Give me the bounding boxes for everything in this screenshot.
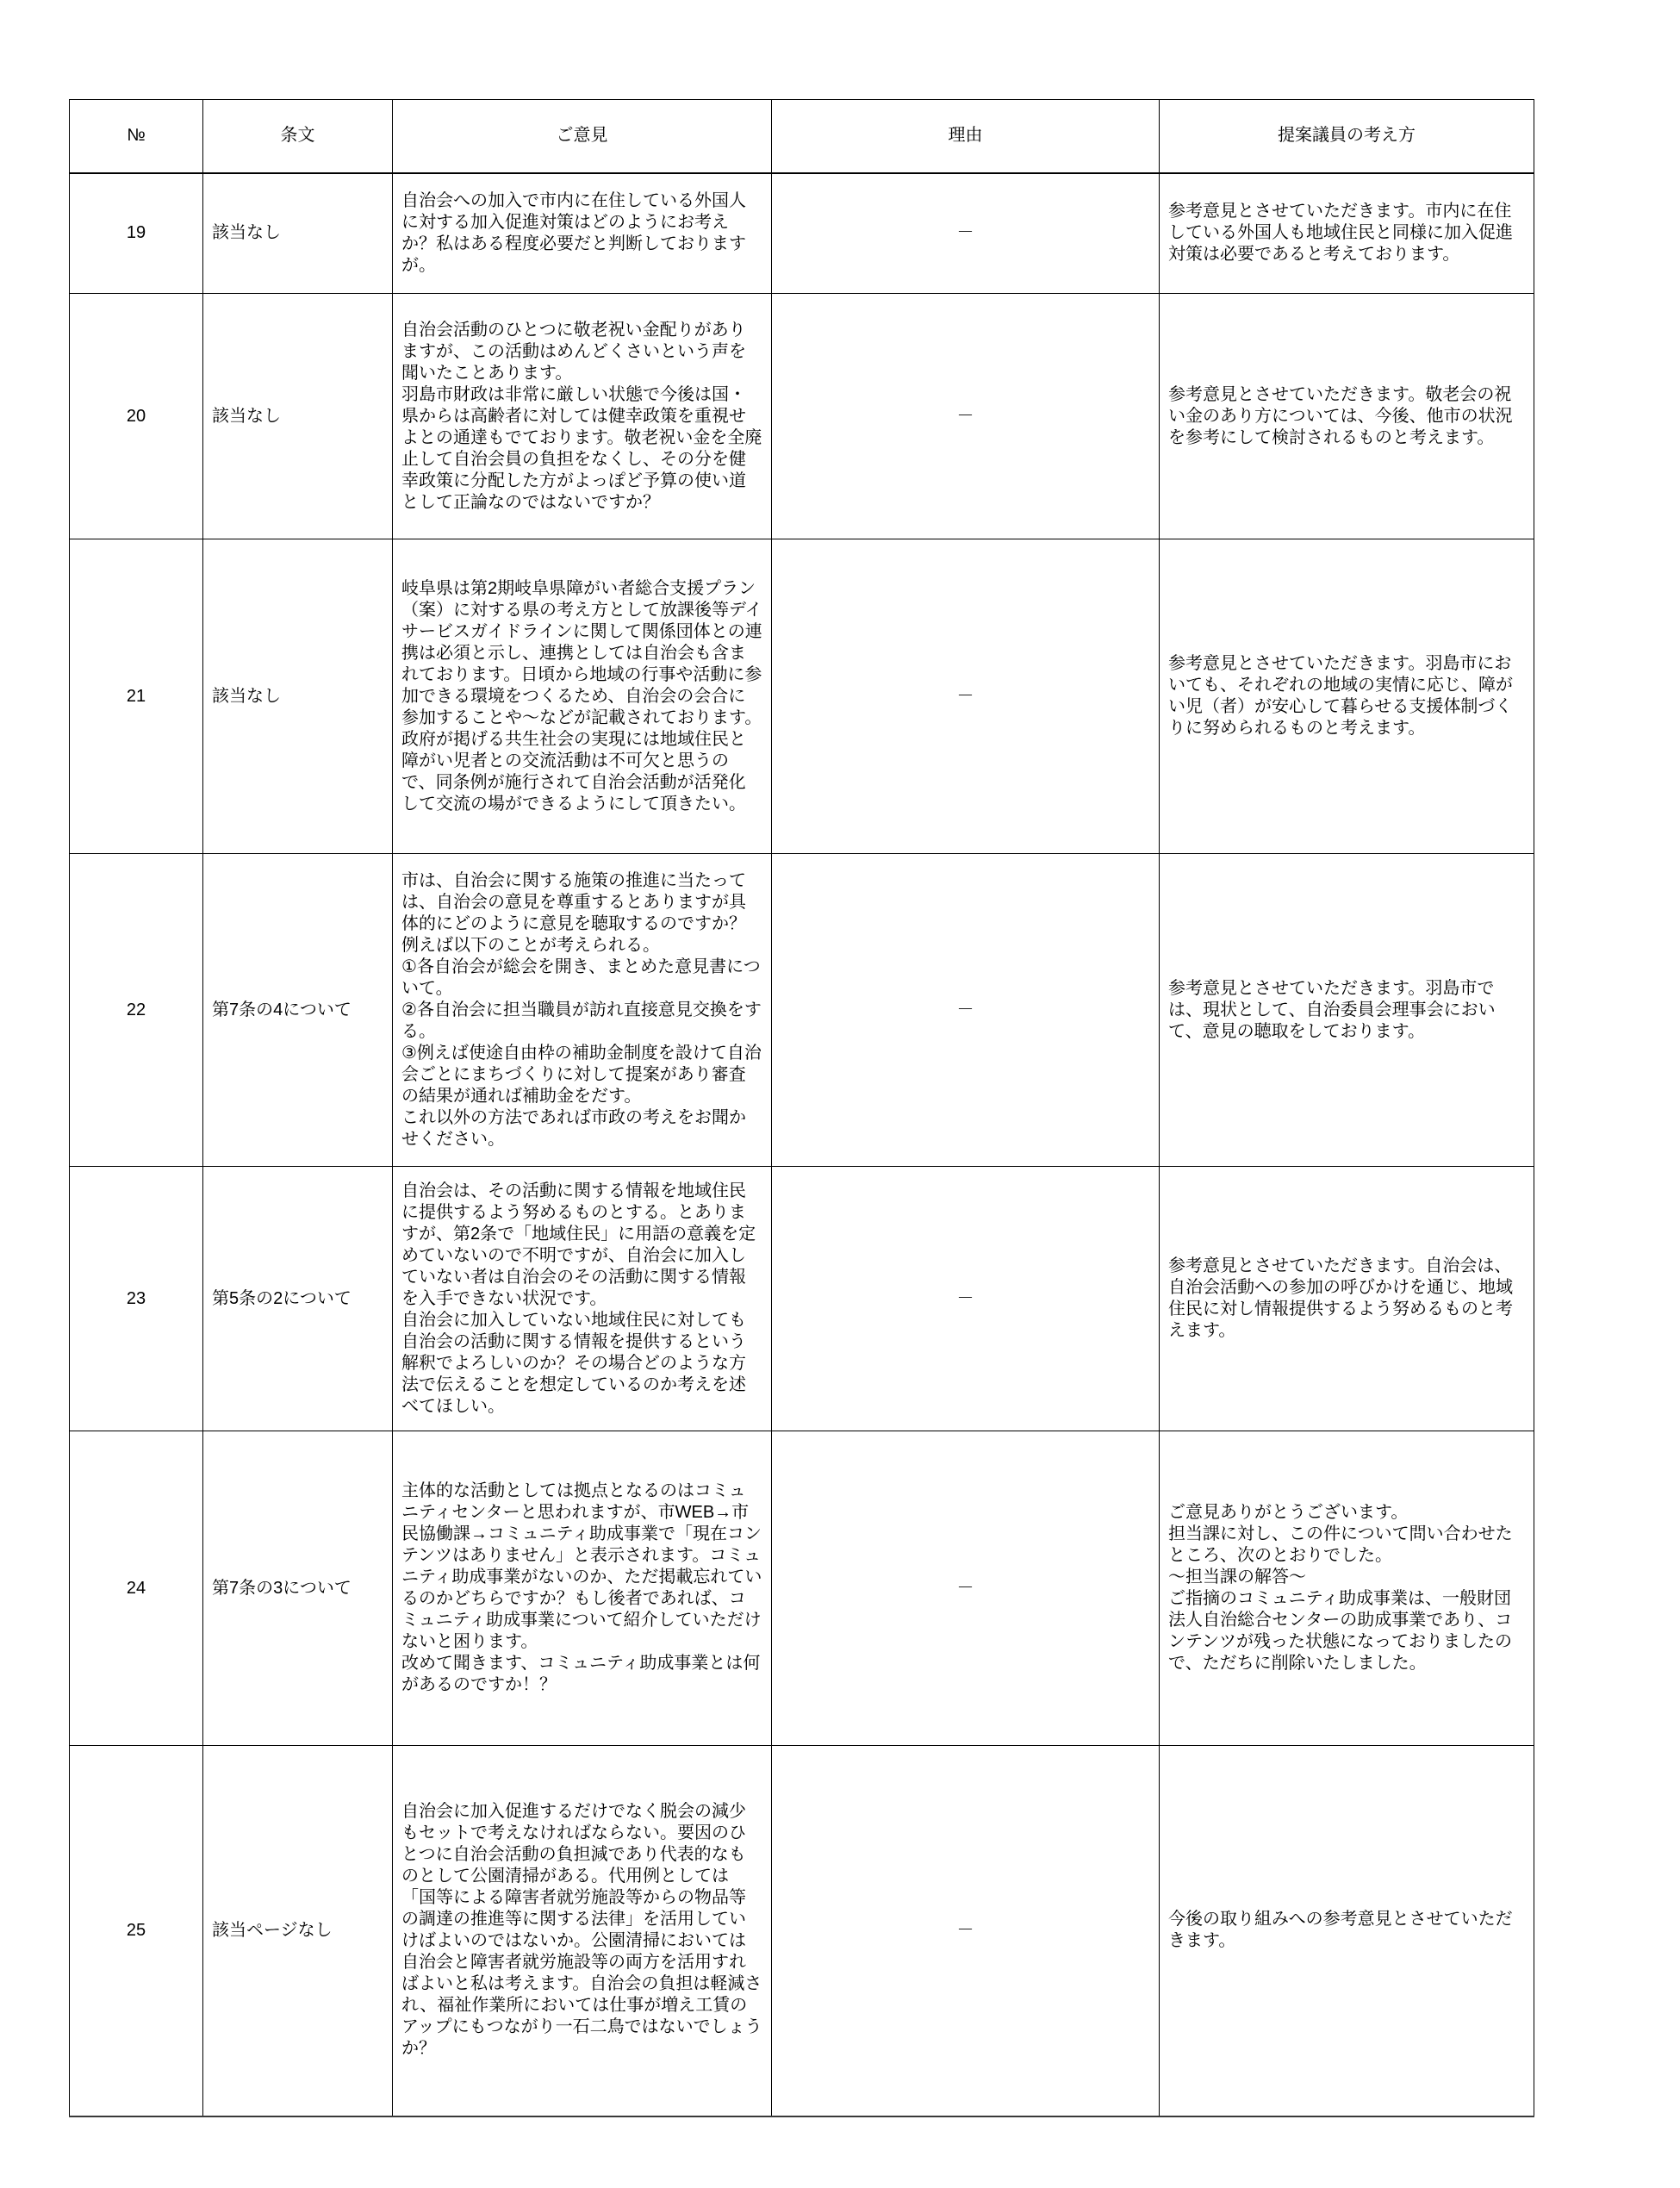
proposer-view-cell: 参考意見とさせていただきます。市内に在住している外国人も地域住民と同様に加入促進… bbox=[1160, 173, 1534, 294]
opinion-cell: 自治会への加入で市内に在住している外国人に対する加入促進対策はどのようにお考えか… bbox=[393, 173, 772, 294]
article-cell: 第7条の4について bbox=[203, 854, 393, 1167]
no-cell: 20 bbox=[70, 294, 203, 539]
article-cell: 該当なし bbox=[203, 294, 393, 539]
table-header-row: № 条文 ご意見 理由 提案議員の考え方 bbox=[70, 100, 1534, 173]
table-row: 24 第7条の3について 主体的な活動としては拠点となるのはコミュニティセンター… bbox=[70, 1431, 1534, 1746]
opinion-cell: 自治会に加入促進するだけでなく脱会の減少もセットで考えなければならない。要因のひ… bbox=[393, 1746, 772, 2116]
opinion-cell: 主体的な活動としては拠点となるのはコミュニティセンターと思われますが、市WEB→… bbox=[393, 1431, 772, 1746]
opinion-response-table: № 条文 ご意見 理由 提案議員の考え方 19 該当なし 自治会への加入で市内に… bbox=[69, 99, 1534, 2117]
article-cell: 該当ページなし bbox=[203, 1746, 393, 2116]
reason-cell: － bbox=[772, 173, 1160, 294]
reason-cell: － bbox=[772, 539, 1160, 854]
reason-cell: － bbox=[772, 294, 1160, 539]
proposer-view-cell: 参考意見とさせていただきます。羽島市では、現状として、自治委員会理事会において、… bbox=[1160, 854, 1534, 1167]
opinion-cell: 自治会は、その活動に関する情報を地域住民に提供するよう努めるものとする。とありま… bbox=[393, 1167, 772, 1431]
header-opinion: ご意見 bbox=[393, 100, 772, 173]
no-cell: 23 bbox=[70, 1167, 203, 1431]
no-cell: 19 bbox=[70, 173, 203, 294]
proposer-view-cell: 今後の取り組みへの参考意見とさせていただきます。 bbox=[1160, 1746, 1534, 2116]
header-no: № bbox=[70, 100, 203, 173]
proposer-view-cell: 参考意見とさせていただきます。敬老会の祝い金のあり方については、今後、他市の状況… bbox=[1160, 294, 1534, 539]
table-row: 25 該当ページなし 自治会に加入促進するだけでなく脱会の減少もセットで考えなけ… bbox=[70, 1746, 1534, 2116]
table-row: 22 第7条の4について 市は、自治会に関する施策の推進に当たっては、自治会の意… bbox=[70, 854, 1534, 1167]
proposer-view-cell: 参考意見とさせていただきます。羽島市においても、それぞれの地域の実情に応じ、障が… bbox=[1160, 539, 1534, 854]
article-cell: 第7条の3について bbox=[203, 1431, 393, 1746]
document-page: № 条文 ご意見 理由 提案議員の考え方 19 該当なし 自治会への加入で市内に… bbox=[0, 0, 1680, 2188]
opinion-cell: 岐阜県は第2期岐阜県障がい者総合支援プラン（案）に対する県の考え方として放課後等… bbox=[393, 539, 772, 854]
header-article: 条文 bbox=[203, 100, 393, 173]
no-cell: 25 bbox=[70, 1746, 203, 2116]
article-cell: 第5条の2について bbox=[203, 1167, 393, 1431]
reason-cell: － bbox=[772, 1746, 1160, 2116]
table-row: 20 該当なし 自治会活動のひとつに敬老祝い金配りがありますが、この活動はめんど… bbox=[70, 294, 1534, 539]
table-row: 21 該当なし 岐阜県は第2期岐阜県障がい者総合支援プラン（案）に対する県の考え… bbox=[70, 539, 1534, 854]
proposer-view-cell: 参考意見とさせていただきます。自治会は、自治会活動への参加の呼びかけを通じ、地域… bbox=[1160, 1167, 1534, 1431]
opinion-cell: 自治会活動のひとつに敬老祝い金配りがありますが、この活動はめんどくさいという声を… bbox=[393, 294, 772, 539]
opinion-cell: 市は、自治会に関する施策の推進に当たっては、自治会の意見を尊重するとありますが具… bbox=[393, 854, 772, 1167]
table-row: 19 該当なし 自治会への加入で市内に在住している外国人に対する加入促進対策はど… bbox=[70, 173, 1534, 294]
proposer-view-cell: ご意見ありがとうございます。 担当課に対し、この件について問い合わせたところ、次… bbox=[1160, 1431, 1534, 1746]
reason-cell: － bbox=[772, 854, 1160, 1167]
reason-cell: － bbox=[772, 1167, 1160, 1431]
header-proposer-view: 提案議員の考え方 bbox=[1160, 100, 1534, 173]
article-cell: 該当なし bbox=[203, 539, 393, 854]
reason-cell: － bbox=[772, 1431, 1160, 1746]
article-cell: 該当なし bbox=[203, 173, 393, 294]
no-cell: 24 bbox=[70, 1431, 203, 1746]
no-cell: 21 bbox=[70, 539, 203, 854]
table-row: 23 第5条の2について 自治会は、その活動に関する情報を地域住民に提供するよう… bbox=[70, 1167, 1534, 1431]
no-cell: 22 bbox=[70, 854, 203, 1167]
header-reason: 理由 bbox=[772, 100, 1160, 173]
